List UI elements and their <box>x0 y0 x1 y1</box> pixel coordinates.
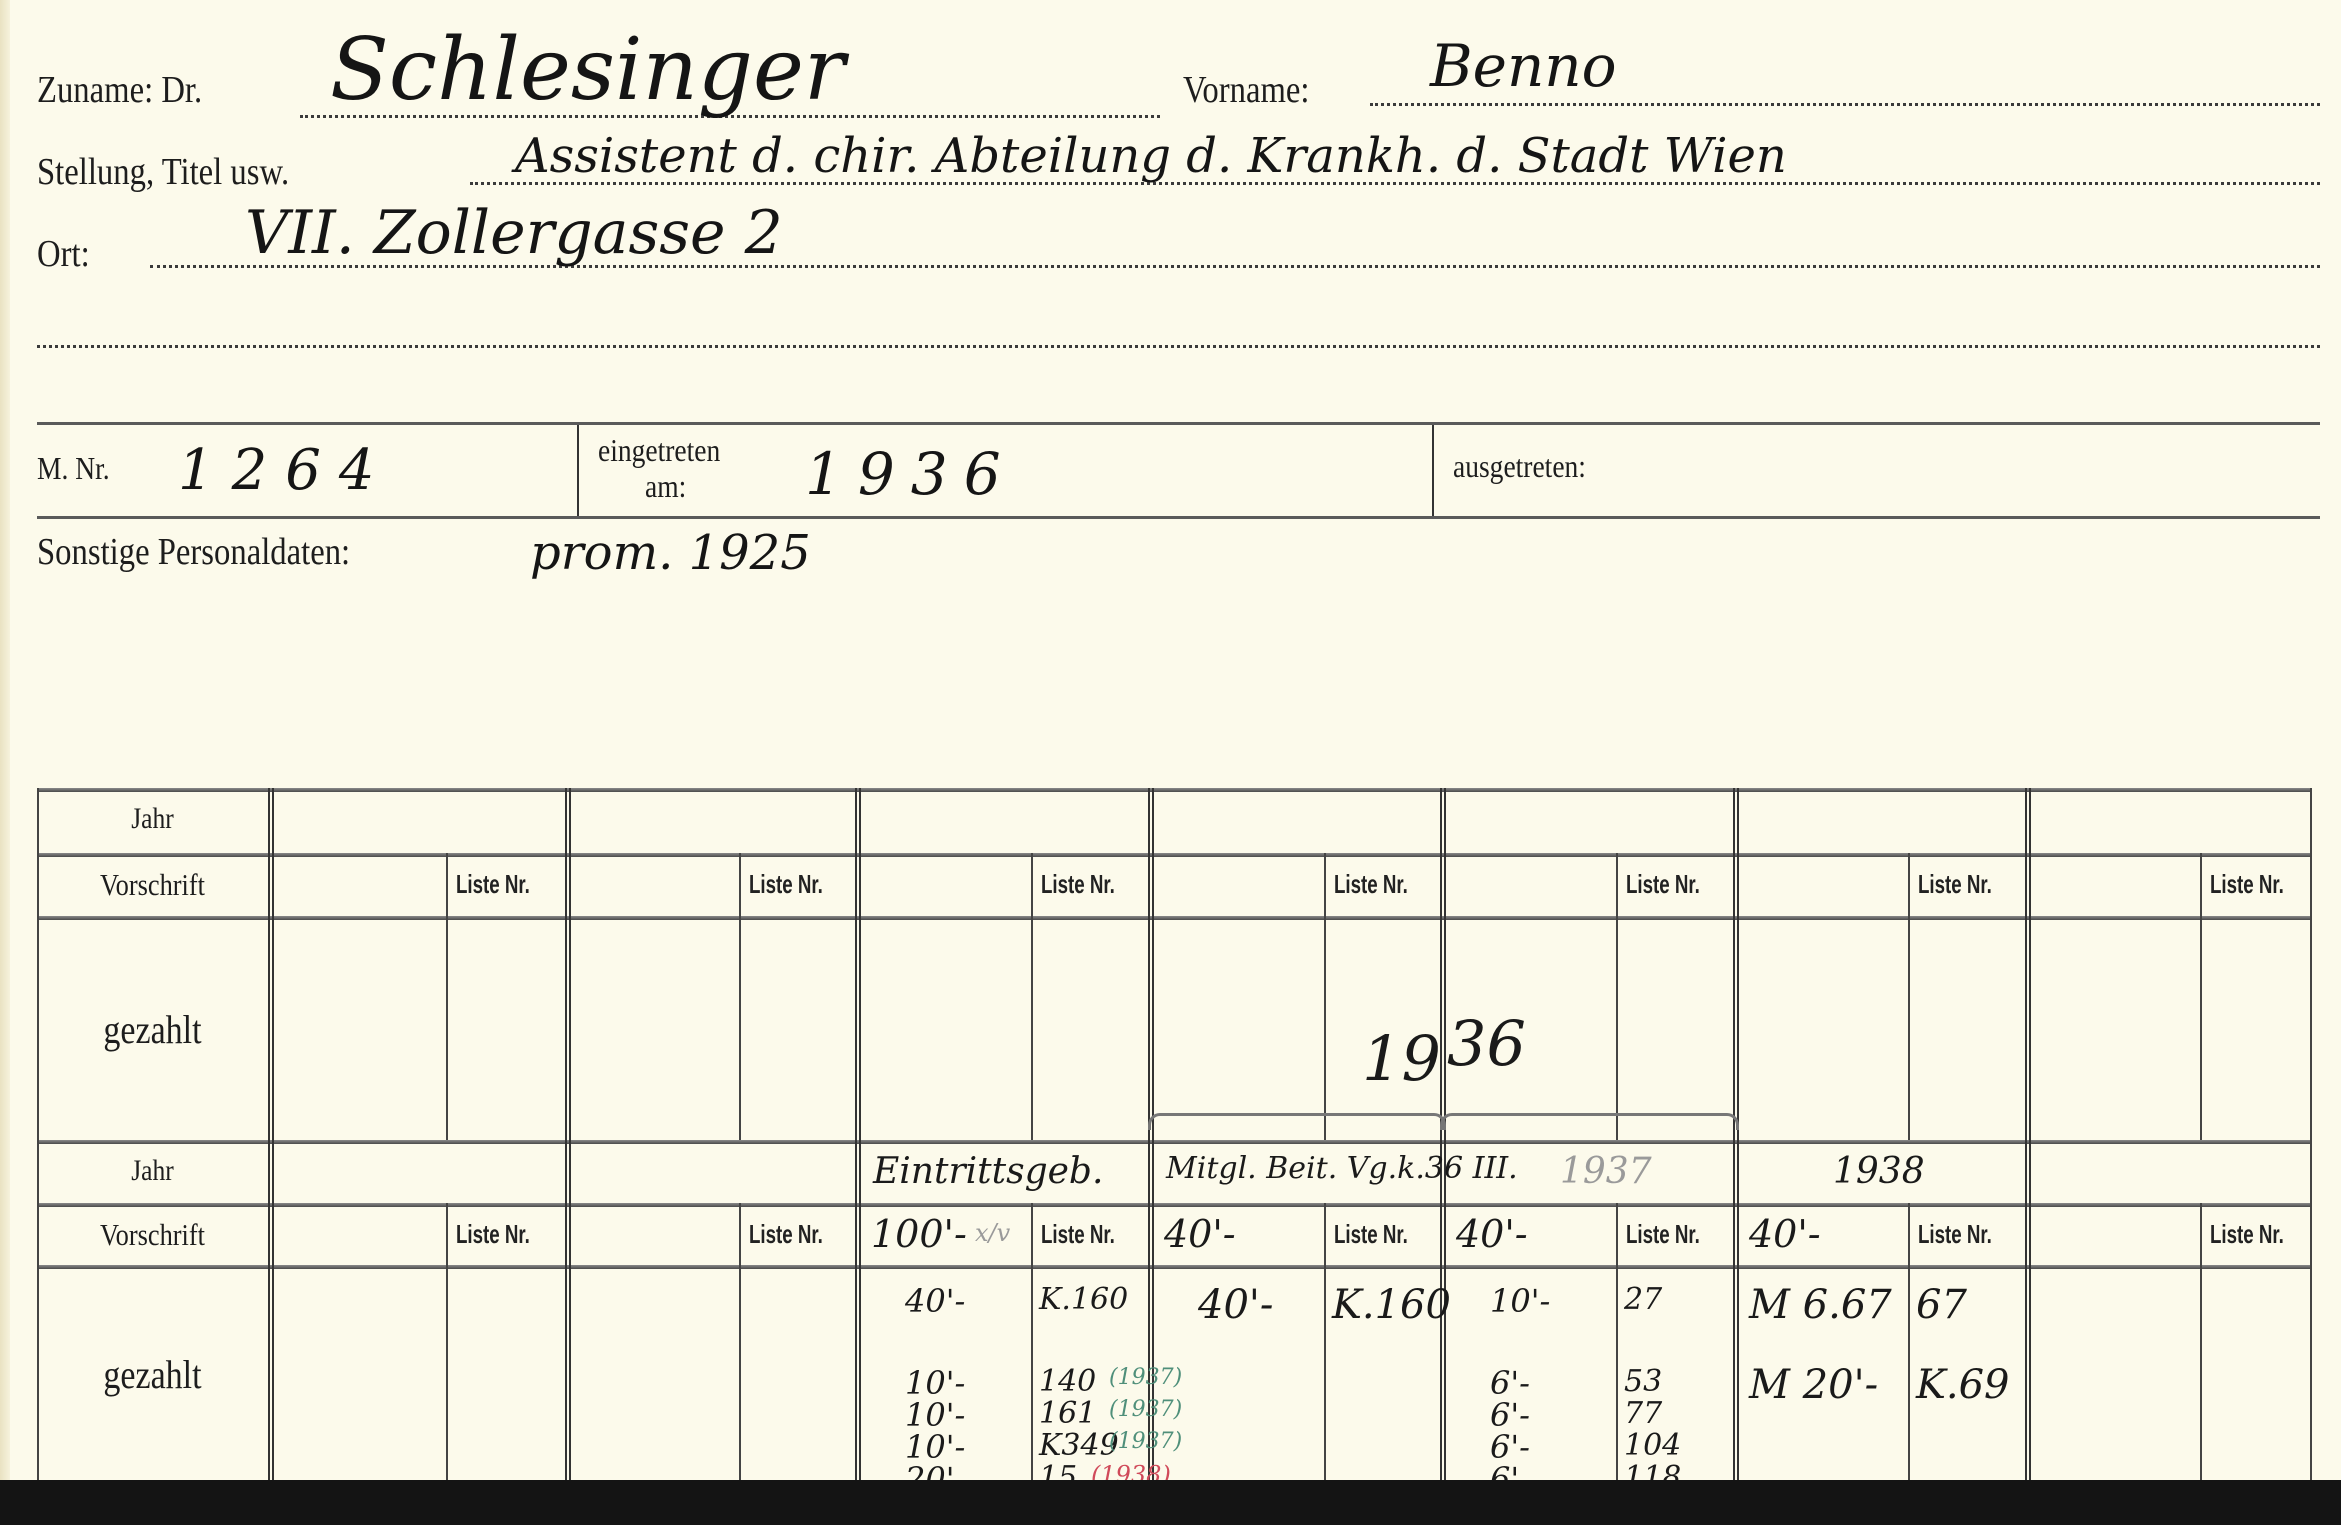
list-no-header: Liste Nr. <box>1626 869 1700 900</box>
list-entry: 77 <box>1624 1399 1662 1429</box>
other-data-label: Sonstige Personaldaten: <box>37 530 350 574</box>
list-entry: 53 <box>1624 1367 1662 1397</box>
column-divider <box>268 788 274 1480</box>
firstname-value: Benno <box>1430 32 1617 100</box>
card-edge <box>0 0 10 1480</box>
membership-card: Zuname: Dr. Schlesinger Vorname: Benno S… <box>0 0 2341 1480</box>
joined-label: eingetreten <box>598 432 720 469</box>
blank-field-line <box>37 345 2320 348</box>
rule-top <box>37 422 2320 425</box>
paid-entry: 10'- <box>905 1431 965 1463</box>
prescribed-note: x/v <box>975 1221 1010 1245</box>
list-no-header: Liste Nr. <box>1041 1219 1115 1250</box>
list-divider <box>1031 1203 1033 1480</box>
list-divider <box>1908 1203 1910 1480</box>
year-value: Mitgl. Beit. Vg.k.36 III. <box>1166 1154 1518 1184</box>
list-no-header: Liste Nr. <box>1041 869 1115 900</box>
paid-entry: 10'- <box>905 1399 965 1431</box>
firstname-field-line <box>1370 103 2320 106</box>
list-divider <box>1324 853 1326 1140</box>
table-rule <box>37 1140 2312 1144</box>
row-label-paid: gezahlt <box>54 1006 250 1053</box>
year-value: Eintrittsgeb. <box>873 1154 1103 1190</box>
row-label-year: Jahr <box>54 802 250 836</box>
annotation-year-part: 36 <box>1447 1013 1526 1075</box>
position-value: Assistent d. chir. Abteilung d. Krankh. … <box>515 128 1787 184</box>
table-rule <box>37 1265 2312 1269</box>
table-rule <box>37 1203 2312 1207</box>
firstname-label: Vorname: <box>1183 68 1309 112</box>
list-entry: K.160 <box>1039 1285 1128 1315</box>
column-divider <box>565 788 571 1480</box>
list-entry: 27 <box>1624 1285 1662 1315</box>
surname-value: Schlesinger <box>330 20 845 120</box>
surname-label: Zuname: Dr. <box>37 68 202 112</box>
table-rule <box>37 853 2312 857</box>
list-no-header: Liste Nr. <box>1918 1219 1992 1250</box>
column-divider <box>1733 788 1739 1480</box>
year-value: 1938 <box>1833 1154 1925 1190</box>
member-no-value: 1264 <box>178 438 393 503</box>
list-divider <box>739 1203 741 1480</box>
prescribed-value: 40'- <box>1164 1215 1236 1253</box>
list-annotation-green: (1937) <box>1109 1367 1182 1389</box>
column-divider <box>855 788 861 1480</box>
list-annotation-green: (1937) <box>1109 1431 1182 1453</box>
list-no-header: Liste Nr. <box>749 869 823 900</box>
row-label-paid: gezahlt <box>54 1351 250 1398</box>
list-no-header: Liste Nr. <box>456 1219 530 1250</box>
joined-label-am: am: <box>645 468 686 505</box>
list-divider <box>1616 853 1618 1140</box>
list-entry: 67 <box>1916 1285 1967 1325</box>
list-entry: K349 <box>1039 1431 1119 1461</box>
table-border <box>2310 788 2312 1480</box>
list-divider <box>2200 853 2202 1140</box>
scan-border <box>0 1480 2341 1525</box>
list-entry: 161 <box>1039 1399 1096 1429</box>
row-label-prescribed: Vorschrift <box>54 1217 250 1253</box>
paid-entry: 6'- <box>1490 1431 1530 1463</box>
list-divider <box>1908 853 1910 1140</box>
rule-bottom <box>37 516 2320 519</box>
list-divider <box>1031 853 1033 1140</box>
list-entry: 140 <box>1039 1367 1096 1397</box>
list-divider <box>1324 1203 1326 1480</box>
left-label: ausgetreten: <box>1453 448 1586 485</box>
table-border <box>37 788 39 1480</box>
table-rule <box>37 916 2312 920</box>
position-label: Stellung, Titel usw. <box>37 150 289 194</box>
column-divider <box>1440 788 1446 1480</box>
joined-value: 1936 <box>805 440 1017 508</box>
prescribed-value: 40'- <box>1456 1215 1528 1253</box>
list-divider <box>1616 1203 1618 1480</box>
list-divider <box>446 1203 448 1480</box>
year-value: 1937 <box>1560 1154 1652 1190</box>
paid-entry: 40'- <box>905 1285 965 1317</box>
bracket-annotation <box>1148 1113 1446 1130</box>
paid-entry: M 6.67 <box>1749 1285 1892 1325</box>
list-divider <box>2200 1203 2202 1480</box>
list-no-header: Liste Nr. <box>2210 869 2284 900</box>
paid-entry: 40'- <box>1198 1285 1273 1325</box>
paid-entry: 6'- <box>1490 1367 1530 1399</box>
paid-entry: 10'- <box>1490 1285 1550 1317</box>
divider <box>1432 425 1434 516</box>
prescribed-value: 100'- <box>871 1215 967 1253</box>
list-no-header: Liste Nr. <box>2210 1219 2284 1250</box>
list-no-header: Liste Nr. <box>1334 1219 1408 1250</box>
prescribed-value: 40'- <box>1749 1215 1821 1253</box>
table-rule <box>37 788 2312 792</box>
member-no-label: M. Nr. <box>37 450 110 487</box>
divider <box>577 425 579 516</box>
list-entry: K.69 <box>1916 1365 2010 1405</box>
list-entry: K.160 <box>1332 1285 1451 1325</box>
paid-entry: 10'- <box>905 1367 965 1399</box>
row-label-year: Jahr <box>54 1154 250 1188</box>
place-label: Ort: <box>37 232 90 276</box>
other-data-value: prom. 1925 <box>530 525 811 581</box>
place-value: VII. Zollergasse 2 <box>245 198 783 268</box>
row-label-prescribed: Vorschrift <box>54 867 250 903</box>
list-no-header: Liste Nr. <box>456 869 530 900</box>
paid-entry: 6'- <box>1490 1399 1530 1431</box>
list-no-header: Liste Nr. <box>1918 869 1992 900</box>
column-divider <box>2025 788 2031 1480</box>
list-divider <box>739 853 741 1140</box>
paid-entry: M 20'- <box>1749 1365 1878 1405</box>
list-no-header: Liste Nr. <box>1334 869 1408 900</box>
list-no-header: Liste Nr. <box>1626 1219 1700 1250</box>
bracket-annotation <box>1440 1113 1739 1130</box>
payment-table: JahrVorschriftgezahltListe Nr.Liste Nr.L… <box>37 788 2312 1480</box>
list-entry: 104 <box>1624 1431 1681 1461</box>
list-annotation-green: (1937) <box>1109 1399 1182 1421</box>
list-divider <box>446 853 448 1140</box>
list-no-header: Liste Nr. <box>749 1219 823 1250</box>
annotation-year-part: 19 <box>1362 1028 1441 1090</box>
